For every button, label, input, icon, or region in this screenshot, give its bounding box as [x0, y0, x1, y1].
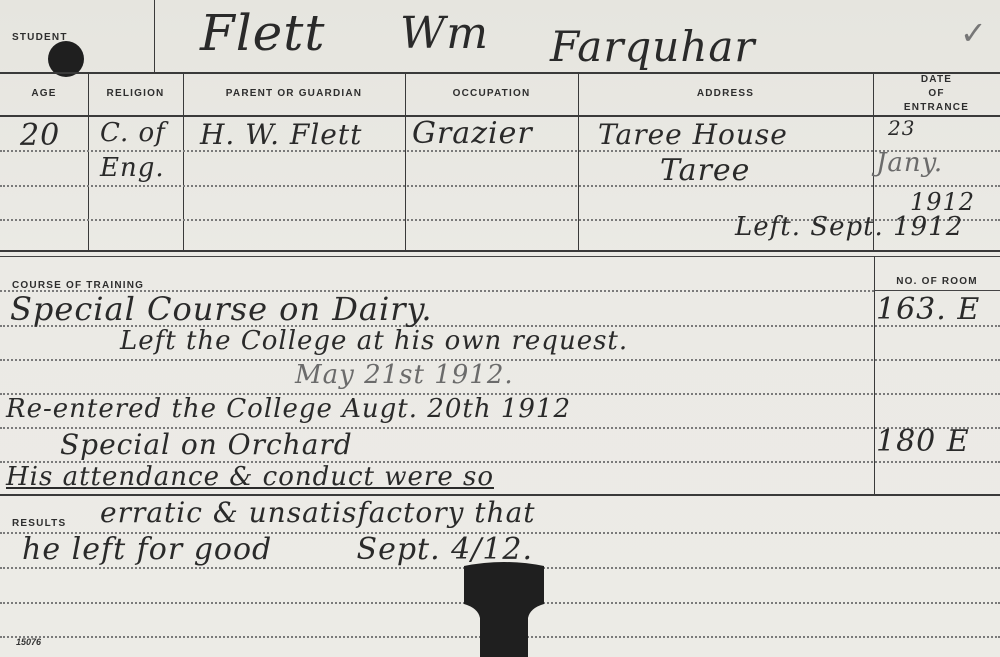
left-note: Left. Sept. 1912	[735, 212, 963, 242]
room-number-2: 180 E	[876, 424, 970, 459]
room-number-label: No. OF ROOM	[874, 276, 1000, 287]
religion-value-2: Eng.	[100, 153, 165, 183]
address-value-2: Taree	[660, 153, 750, 188]
col-occupation-header: OCCUPATION	[405, 88, 578, 99]
divider	[874, 256, 875, 494]
col-date-header: DATE OF ENTRANCE	[873, 72, 1000, 115]
date-header-line1: DATE	[873, 73, 1000, 87]
religion-value-1: C. of	[100, 118, 166, 148]
course-line-3: May 21st 1912.	[295, 360, 514, 390]
col-religion-header: RELIGION	[88, 88, 183, 99]
student-record-card: STUDENT Flett Wm Farquhar ✓ AGE RELIGION…	[0, 0, 1000, 657]
divider	[88, 72, 89, 250]
results-label: RESULTS	[12, 518, 66, 529]
student-first-name: Wm	[400, 8, 489, 59]
col-age-header: AGE	[0, 88, 88, 99]
room-number-1: 163. E	[876, 292, 980, 327]
age-value: 20	[20, 118, 60, 153]
course-line-4: Re-entered the College Augt. 20th 1912	[6, 394, 571, 424]
student-middle-name: Farquhar	[550, 22, 756, 71]
divider	[183, 72, 184, 250]
dotted-rule	[0, 185, 1000, 187]
entrance-day: 23	[888, 116, 915, 140]
address-value-1: Taree House	[598, 118, 788, 151]
divider	[578, 72, 579, 250]
entrance-month: Jany.	[876, 148, 943, 178]
course-line-1: Special Course on Dairy.	[10, 290, 432, 328]
header-top-line	[0, 72, 1000, 74]
col-parent-header: PARENT OR GUARDIAN	[183, 88, 405, 99]
parent-value: H. W. Flett	[200, 118, 362, 151]
section-divider	[0, 250, 1000, 252]
col-address-header: ADDRESS	[578, 88, 873, 99]
divider	[154, 0, 155, 72]
student-surname: Flett	[200, 4, 325, 62]
course-line-5: Special on Orchard	[60, 428, 353, 461]
filing-notch	[460, 560, 548, 657]
results-line-1: erratic & unsatisfactory that	[100, 496, 536, 529]
check-mark-icon: ✓	[960, 14, 987, 52]
occupation-value: Grazier	[412, 116, 533, 151]
course-line-6: His attendance & conduct were so	[6, 462, 494, 492]
divider	[405, 72, 406, 250]
course-line-2: Left the College at his own request.	[120, 326, 628, 356]
results-line-2: he left for good Sept. 4/12.	[22, 532, 533, 567]
section-divider-double	[0, 256, 1000, 257]
date-header-line3: ENTRANCE	[873, 101, 1000, 115]
room-header-line	[874, 290, 1000, 291]
date-header-line2: OF	[873, 87, 1000, 101]
serial-number: 15076	[16, 637, 41, 647]
